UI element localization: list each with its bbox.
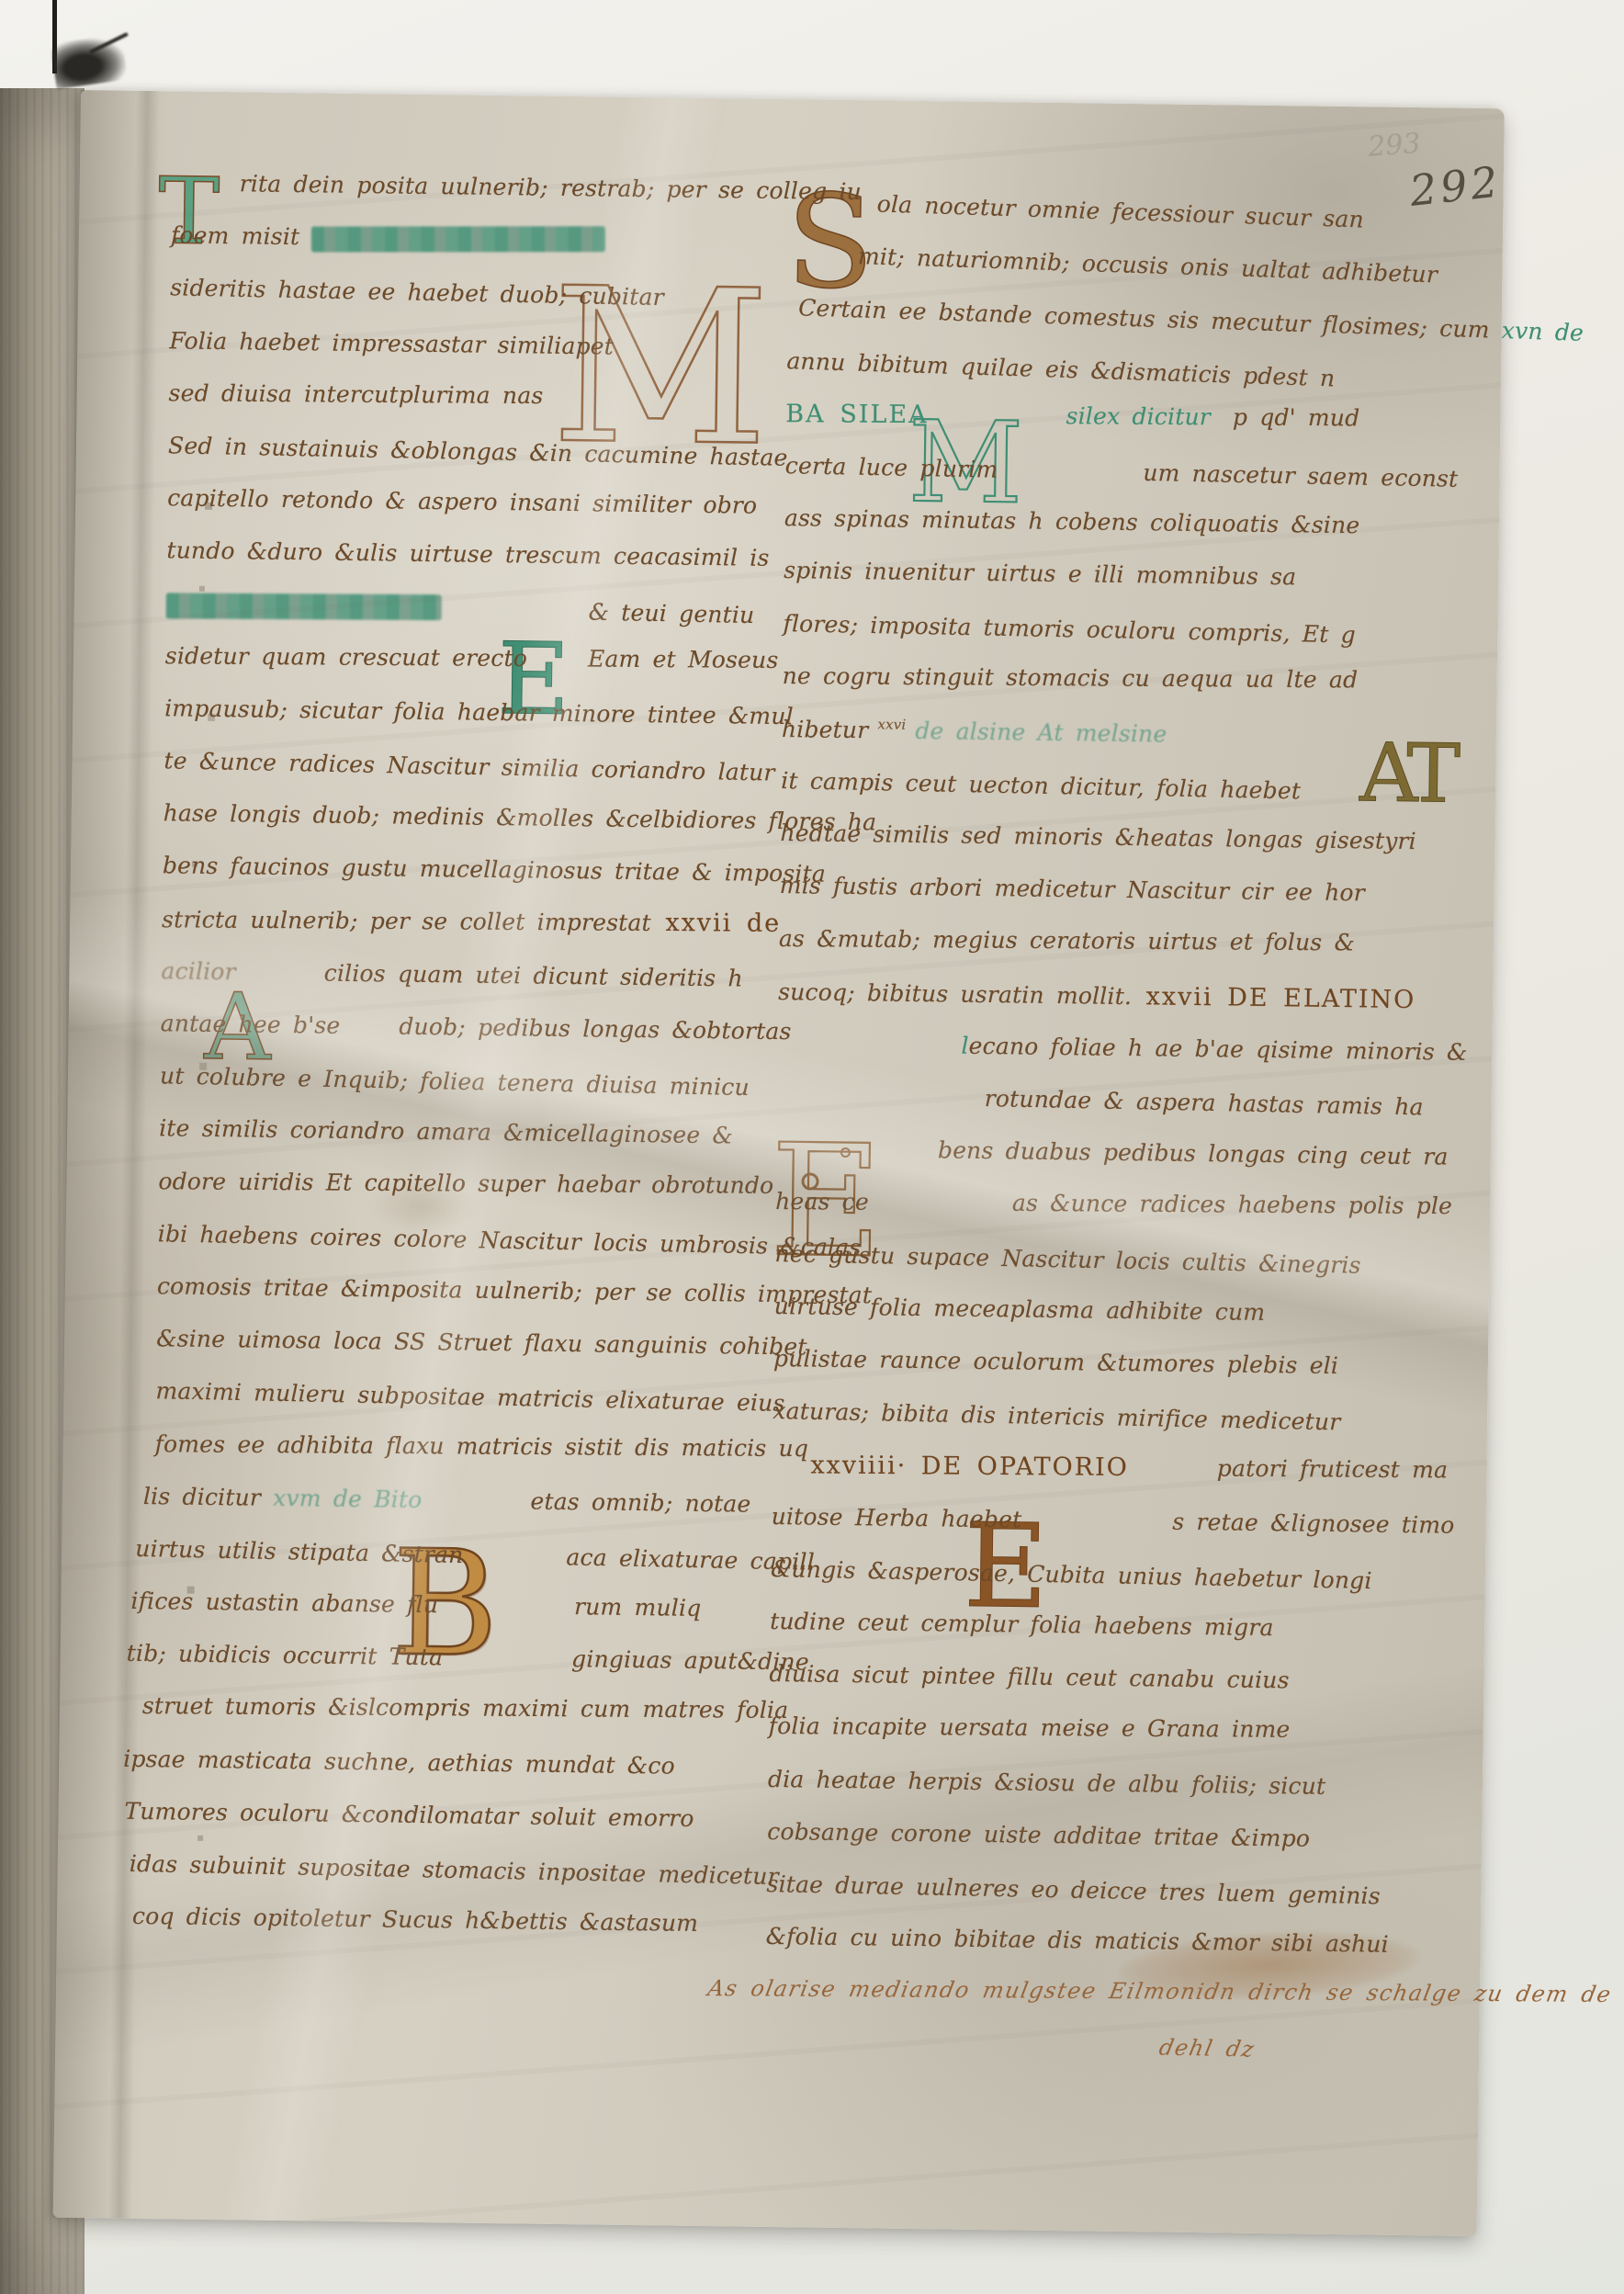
text-line: odore uiridis Et capitello super haebar … (158, 1168, 779, 1225)
text-line: hibetur xxvi de alsine At melsine (781, 715, 1496, 776)
text-line: bens faucinos gustu mucellaginosus trita… (162, 853, 784, 913)
text-line: rita dein posita uulnerib; restrab; per … (239, 170, 793, 230)
text-line: ne cogru stinguit stomacis cu aequa ua l… (782, 662, 1496, 720)
text-line: antae hee b'seduob; pedibus longas &obto… (160, 1010, 782, 1070)
text-line: sed diuisa intercutplurima nas (168, 379, 789, 436)
text-line: struet tumoris &islcompris maximi cum ma… (142, 1692, 773, 1749)
text-line: impausub; sicutar folia haebar minore ti… (164, 695, 786, 755)
folio-number-ghost: 293 (1367, 128, 1422, 164)
text-line: tib; ubidicis occurrit Tutagingiuas aput… (126, 1640, 773, 1701)
text-line: As olarise mediando mulgstee Eilmonidn d… (708, 1974, 1480, 2032)
text-line: rotundae & aspera hastas ramis ha (984, 1085, 1492, 1147)
text-line: aciliorcilios quam utei dicunt sideritis… (161, 957, 783, 1018)
text-line: sidetur quam crescuat erectoEam et Moseu… (165, 642, 786, 699)
text-line: ipsae masticata suchne, aethias mundat &… (123, 1745, 773, 1805)
text-line: folia incapite uersata meise e Grana inm… (768, 1712, 1483, 1770)
text-line: mis fustis arbori medicetur Nascitur cir… (779, 872, 1494, 933)
text-line: lecano foliae h ae b'ae qisime minoris & (961, 1033, 1493, 1092)
text-line: sucoq; bibitus usratin mollit. xxvii DE … (778, 977, 1494, 1039)
text-line: fomes ee adhibita flaxu matricis sistit … (154, 1430, 775, 1487)
parchment-page: 293 292 T M E A B S M AT E E rita dein p… (53, 90, 1505, 2236)
text-line: spinis inuenitur uirtus e illi momnibus … (784, 557, 1499, 618)
text-line: cobsange corone uiste additae tritae &im… (767, 1818, 1483, 1880)
text-line: &sine uimosa loca SS Struet flaxu sangui… (156, 1325, 778, 1385)
text-line: heas ceas &unce radices haebens polis pl… (775, 1188, 1490, 1246)
text-line: tundo &duro &ulis uirtuse trescum ceacas… (166, 537, 788, 598)
text-line: xxviiii· DE OPATORIOpatori fruticest ma (810, 1451, 1486, 1508)
text-line: pulistae raunce oculorum &tumores plebis… (773, 1345, 1488, 1407)
text-line: Tumores oculoru &condilomatar soluit emo… (124, 1798, 772, 1859)
manuscript-photo: { "folio": { "number": "292", "ghost_num… (0, 0, 1624, 2294)
text-line: stricta uulnerib; per se collet impresta… (162, 905, 783, 962)
text-line: foem misit (170, 221, 792, 282)
text-column-right: ola nocetur omnie fecessiour sucur sanmi… (764, 189, 1504, 2090)
text-column-left: rita dein posita uulnerib; restrab; per … (148, 169, 792, 1963)
binding-thread-tuft (51, 34, 128, 89)
text-line: as &mutab; megius ceratoris uirtus et fo… (779, 925, 1494, 983)
text-line: dia heatae herpis &siosu de albu foliis;… (767, 1766, 1483, 1827)
text-line: uitose Herba haebets retae &lignosee tim… (771, 1503, 1486, 1565)
text-line: lis dicitur xvm de Bitoetas omnib; notae (142, 1483, 775, 1543)
text-line: BA SILEAsilex diciturp qd' mud (785, 400, 1500, 458)
text-line: dehl dz (1158, 2033, 1479, 2092)
